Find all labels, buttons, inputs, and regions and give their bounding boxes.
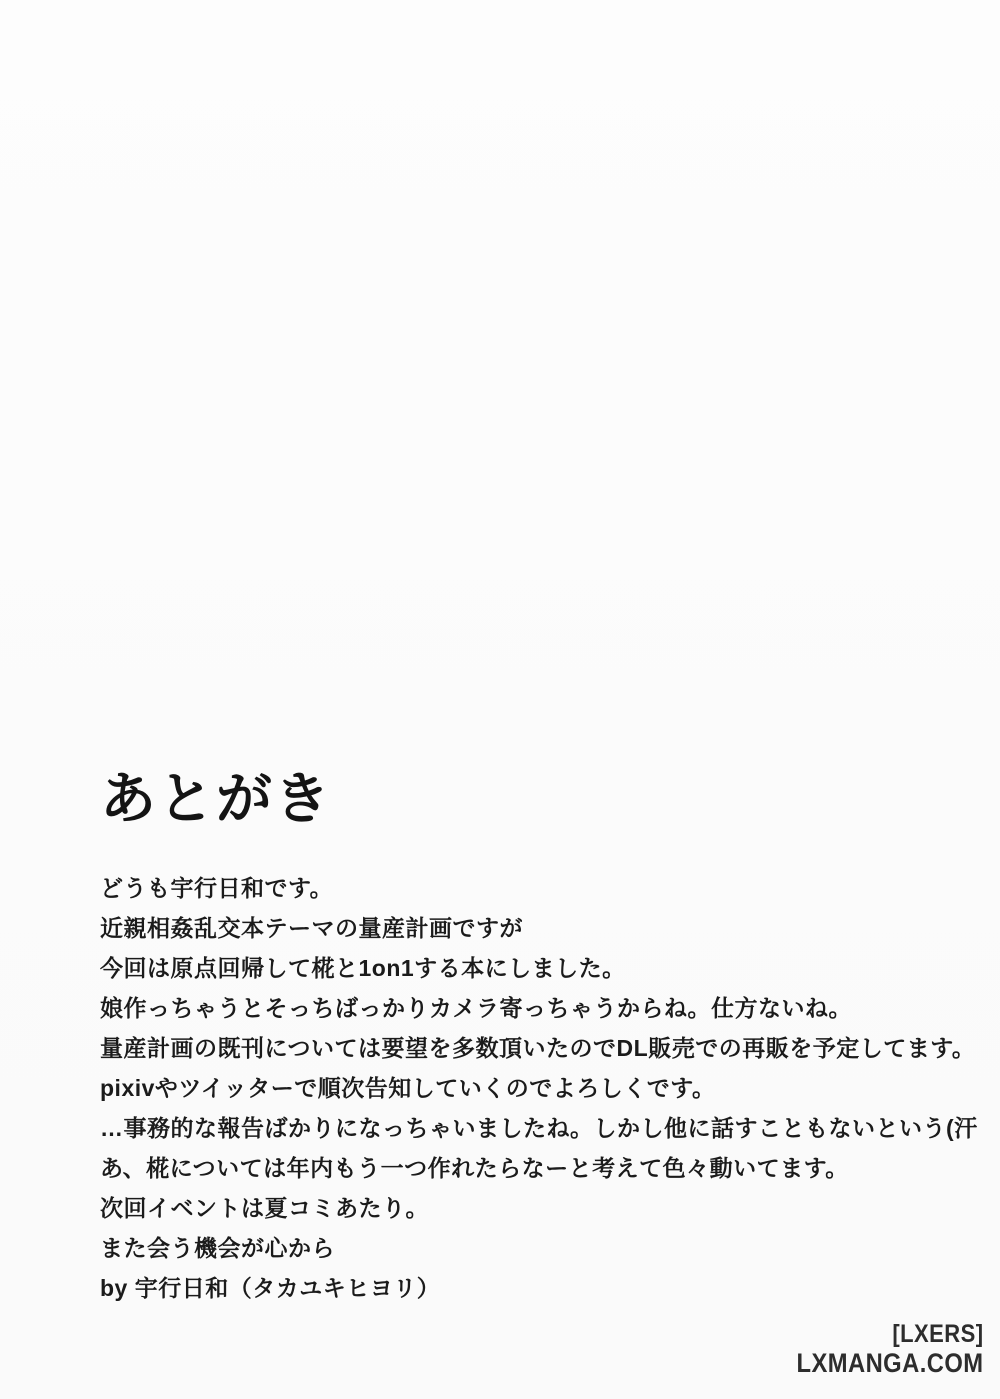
afterword-line: あ、椛については年内もう一つ作れたらなーと考えて色々動いてます。 (100, 1148, 960, 1188)
afterword-line: 量産計画の既刊については要望を多数頂いたのでDL販売での再販を予定してます。 (100, 1028, 960, 1068)
afterword-title: あとがき (100, 770, 960, 830)
afterword-block: あとがき どうも宇行日和です。 近親相姦乱交本テーマの量産計画ですが 今回は原点… (100, 770, 960, 1308)
afterword-line: 今回は原点回帰して椛と1on1する本にしました。 (100, 948, 960, 988)
afterword-line: どうも宇行日和です。 (100, 868, 960, 908)
afterword-line: pixivやツイッターで順次告知していくのでよろしくです。 (100, 1068, 960, 1108)
afterword-line: …事務的な報告ばかりになっちゃいましたね。しかし他に話すこともないという(汗 (100, 1108, 960, 1148)
manga-afterword-page: あとがき どうも宇行日和です。 近親相姦乱交本テーマの量産計画ですが 今回は原点… (0, 0, 1000, 1399)
watermark-group-tag: [LXERS] (796, 1320, 983, 1348)
afterword-line: 娘作っちゃうとそっちばっかりカメラ寄っちゃうからね。仕方ないね。 (100, 988, 960, 1028)
afterword-line: 近親相姦乱交本テーマの量産計画ですが (100, 908, 960, 948)
afterword-line: また会う機会が心から (100, 1228, 960, 1268)
site-watermark: [LXERS] LXMANGA.COM (796, 1320, 983, 1378)
afterword-body: どうも宇行日和です。 近親相姦乱交本テーマの量産計画ですが 今回は原点回帰して椛… (100, 868, 960, 1308)
afterword-line: 次回イベントは夏コミあたり。 (100, 1188, 960, 1228)
watermark-site-name: LXMANGA.COM (796, 1348, 983, 1378)
afterword-signature-line: by 宇行日和（タカユキヒヨリ） (100, 1268, 960, 1308)
